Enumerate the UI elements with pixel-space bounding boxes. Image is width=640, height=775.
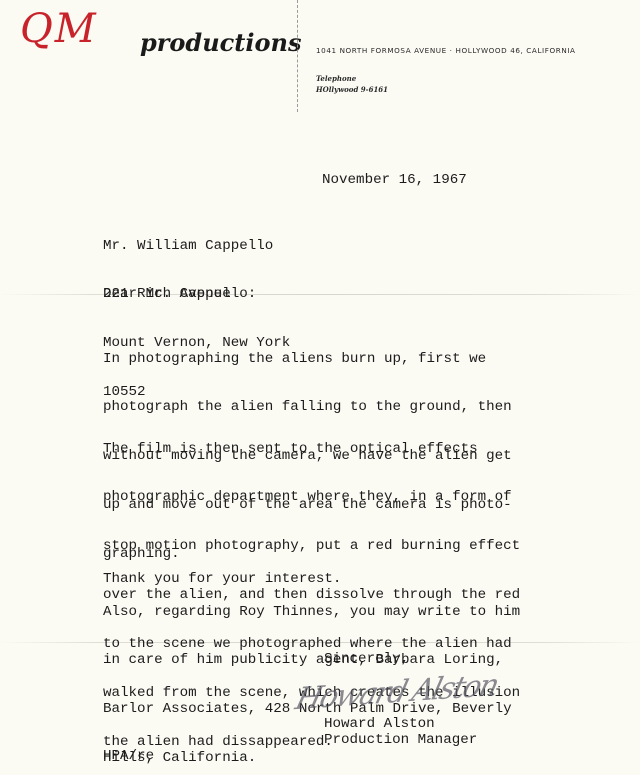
body-line: in care of him publicity agent, Barbara … xyxy=(103,652,520,668)
letter-date: November 16, 1967 xyxy=(322,172,467,188)
company-logo-wordmark: productions xyxy=(140,28,301,57)
letterhead-divider xyxy=(297,0,298,112)
body-line: In photographing the aliens burn up, fir… xyxy=(103,351,512,367)
reference-initials: HPA/re xyxy=(103,748,154,764)
salutation: Dear Mr. Cappello: xyxy=(103,286,256,302)
company-address: 1041 NORTH FORMOSA AVENUE · HOLLYWOOD 46… xyxy=(316,46,576,55)
recipient-line: Mr. William Cappello xyxy=(103,238,290,254)
company-telephone: Telephone HOllywood 9-6161 xyxy=(316,73,388,95)
signer-name: Howard Alston xyxy=(324,716,435,732)
body-line: The film is then sent to the optical eff… xyxy=(103,441,520,457)
telephone-number: HOllywood 9-6161 xyxy=(316,84,388,95)
body-line: Hills, California. xyxy=(103,750,520,766)
company-logo-mark: QM xyxy=(20,6,98,52)
closing: Sincerely, xyxy=(324,651,409,667)
body-line: Also, regarding Roy Thinnes, you may wri… xyxy=(103,604,520,620)
body-line: photographic department where they, in a… xyxy=(103,489,520,505)
telephone-label: Telephone xyxy=(316,73,388,84)
signer-title: Production Manager xyxy=(324,732,477,748)
paper-fold-line xyxy=(0,294,640,295)
